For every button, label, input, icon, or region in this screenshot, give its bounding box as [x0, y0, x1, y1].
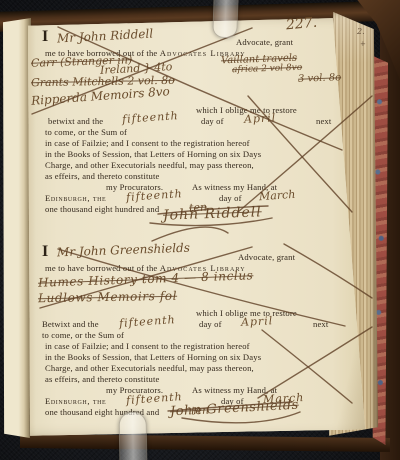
entry2-grant-text: Advocate, grant — [238, 252, 295, 262]
entry2-sum-line: to come, or the Sum of — [42, 330, 124, 340]
library-register-photo: 227. 2. + I Mr John Riddell Advocate, gr… — [0, 0, 400, 460]
page-holder-strap-top[interactable] — [212, 0, 239, 38]
entry1-due-month: April — [244, 111, 277, 126]
entry1-grant-text: Advocate, grant — [236, 37, 293, 47]
entry1-edinburgh: Edinburgh, the — [45, 193, 106, 203]
entry1-dropcap: I — [42, 28, 48, 46]
entry2-effeirs-line: as effeirs, and thereto constitute — [45, 374, 159, 384]
entry2-book-title: Ludlows Memoirs fol — [38, 289, 177, 305]
entry2-signature: John Greenshields — [170, 398, 299, 420]
entry1-failzie-line: in case of Failzie; and I consent to the… — [45, 138, 250, 148]
entry1-year-line: one thousand eight hundred and — [45, 204, 159, 214]
entry1-book-title: 3 vol. 8o — [298, 72, 342, 84]
entry1-charge-line: Charge, and other Executorials needful, … — [45, 160, 254, 170]
entry1-effeirs-line: as effeirs, and thereto constitute — [45, 171, 159, 181]
entry2-dropcap: I — [42, 243, 48, 261]
entry1-signed-month: March — [259, 188, 296, 204]
entry2-failzie-line: in case of Failzie; and I consent to the… — [45, 341, 250, 351]
entry1-session-line: in the Books of Session, that Letters of… — [45, 149, 261, 159]
fore-edge-cross-mark: + — [360, 40, 366, 48]
page-number: 227. — [285, 15, 317, 34]
fore-edge-mark: 2. — [357, 27, 365, 36]
entry2-betwixt-label: Betwixt and the — [42, 319, 99, 329]
entry2-day-of: day of — [199, 319, 222, 329]
entry1-sum-line: to come, or the Sum of — [45, 127, 127, 137]
entry1-due-day: fifteenth — [122, 109, 179, 126]
entry2-session-line: in the Books of Session, that Letters of… — [45, 352, 261, 362]
entry1-day-of: day of — [201, 116, 224, 126]
page-holder-strap-bottom[interactable] — [119, 412, 148, 460]
entry1-borrower-name: Mr John Riddell — [57, 26, 154, 45]
entry2-due-day: fifteenth — [119, 313, 176, 330]
entry2-charge-line: Charge, and other Executorials needful, … — [45, 363, 254, 373]
page-content: 227. 2. + I Mr John Riddell Advocate, gr… — [0, 0, 400, 460]
entry1-signature: John Riddell — [163, 204, 262, 223]
entry1-signed-day: fifteenth — [126, 187, 183, 204]
entry1-book-title: africa 2 vol 8vo — [232, 63, 303, 75]
entry1-betwixt-label: betwixt and the — [48, 116, 103, 126]
entry2-due-month: April — [241, 314, 274, 329]
entry2-borrower-name: Mr John Greenshields — [57, 241, 190, 260]
entry1-next-word: next — [316, 116, 331, 126]
entry1-day-of-2: day of — [219, 193, 242, 203]
entry2-next-word: next — [313, 319, 328, 329]
entry2-edinburgh: Edinburgh, the — [45, 396, 106, 406]
